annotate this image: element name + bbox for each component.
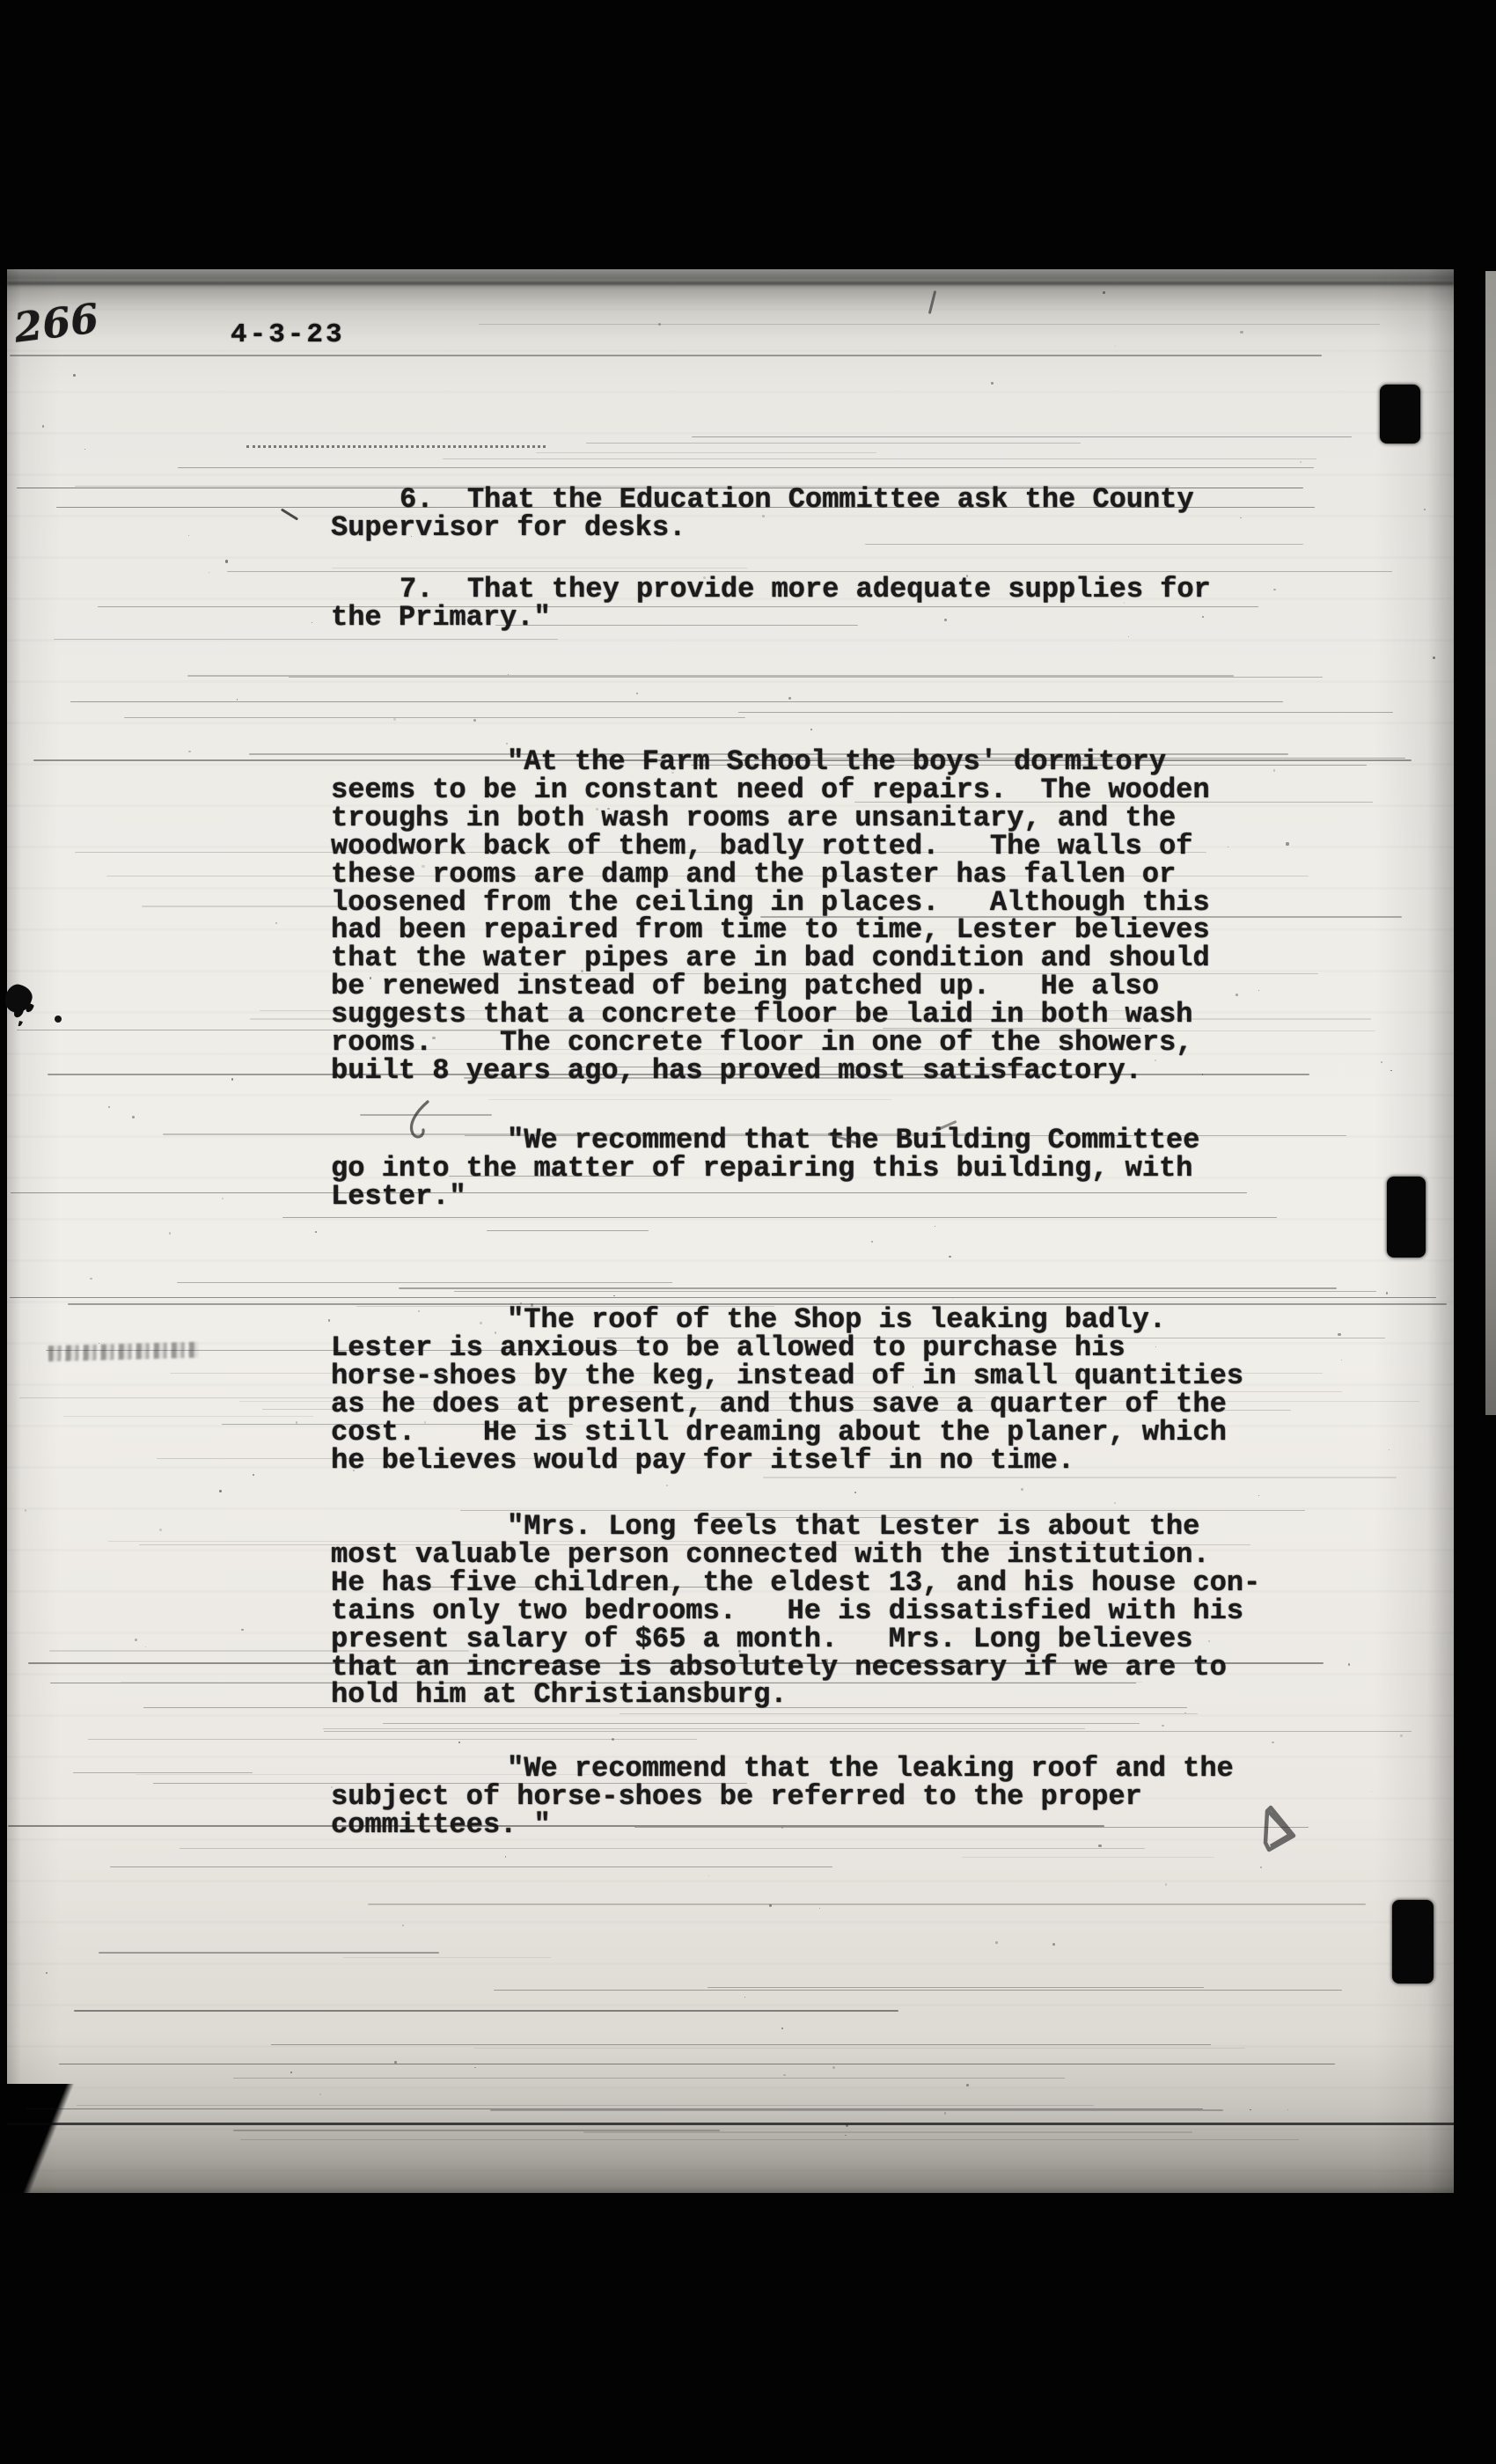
paragraph-item-7: 7. That they provide more adequate suppl…	[331, 576, 1325, 632]
film-punch-mark	[1392, 1900, 1434, 1984]
adjacent-page-edge	[1485, 271, 1496, 1415]
paragraph-item-6: 6. That the Education Committee ask the …	[331, 486, 1325, 542]
paragraph-final-recommendation: "We recommend that the leaking roof and …	[331, 1755, 1325, 1839]
date-stamp: 4-3-23	[231, 319, 345, 350]
film-punch-mark	[1380, 385, 1420, 444]
dotted-artifact-line	[246, 445, 546, 448]
film-punch-mark	[1387, 1177, 1426, 1258]
ink-dot	[55, 1016, 62, 1023]
paper-top-edge	[7, 282, 1454, 285]
microfilm-scan: 266 4-3-23 6. That the Education Committ…	[0, 0, 1496, 2464]
bottom-ledger-line	[7, 2123, 1454, 2125]
paragraph-farm-school: "At the Farm School the boys' dormitory …	[331, 748, 1325, 1085]
bottom-left-shadow	[0, 2084, 114, 2193]
paper-page	[7, 269, 1454, 2193]
pencil-squiggle-mark	[405, 1100, 435, 1144]
paragraph-building-committee: "We recommend that the Building Committe…	[331, 1126, 1325, 1211]
paragraph-shop-roof: "The roof of the Shop is leaking badly. …	[331, 1306, 1325, 1474]
paragraph-mrs-long: "Mrs. Long feels that Lester is about th…	[331, 1513, 1325, 1709]
pencil-triangle-mark	[1258, 1804, 1301, 1857]
